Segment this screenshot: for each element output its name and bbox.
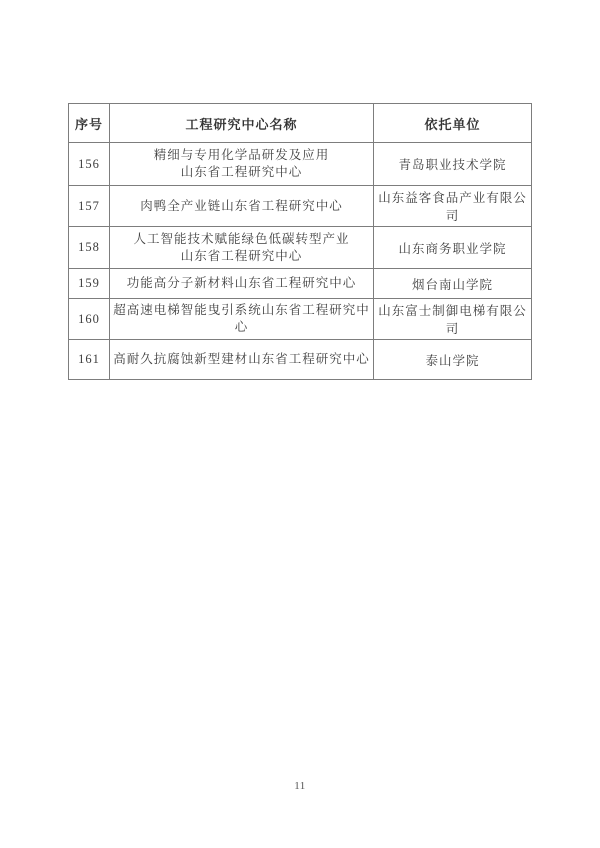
row-center-name: 人工智能技术赋能绿色低碳转型产业 山东省工程研究中心 [110,227,374,269]
table-row: 157 肉鸭全产业链山东省工程研究中心 山东益客食品产业有限公司 [69,186,532,227]
header-cell-name: 工程研究中心名称 [110,104,374,143]
row-no: 159 [69,269,110,299]
table-body: 156 精细与专用化学品研发及应用 山东省工程研究中心 青岛职业技术学院 157… [69,143,532,380]
page-number: 11 [0,780,600,792]
row-center-name: 精细与专用化学品研发及应用 山东省工程研究中心 [110,143,374,186]
header-row: 序号 工程研究中心名称 依托单位 [69,104,532,143]
row-center-name: 高耐久抗腐蚀新型建材山东省工程研究中心 [110,340,374,380]
row-center-name: 功能高分子新材料山东省工程研究中心 [110,269,374,299]
row-no: 160 [69,299,110,340]
table-row: 159 功能高分子新材料山东省工程研究中心 烟台南山学院 [69,269,532,299]
table-row: 158 人工智能技术赋能绿色低碳转型产业 山东省工程研究中心 山东商务职业学院 [69,227,532,269]
table-header: 序号 工程研究中心名称 依托单位 [69,104,532,143]
row-unit: 山东商务职业学院 [374,227,532,269]
row-no: 157 [69,186,110,227]
row-center-name: 超高速电梯智能曳引系统山东省工程研究中心 [110,299,374,340]
table-row: 156 精细与专用化学品研发及应用 山东省工程研究中心 青岛职业技术学院 [69,143,532,186]
row-unit: 烟台南山学院 [374,269,532,299]
row-no: 161 [69,340,110,380]
row-unit: 山东益客食品产业有限公司 [374,186,532,227]
research-centers-table: 序号 工程研究中心名称 依托单位 156 精细与专用化学品研发及应用 山东省工程… [68,103,532,380]
table-row: 160 超高速电梯智能曳引系统山东省工程研究中心 山东富士制御电梯有限公司 [69,299,532,340]
row-no: 156 [69,143,110,186]
row-center-name: 肉鸭全产业链山东省工程研究中心 [110,186,374,227]
row-unit: 山东富士制御电梯有限公司 [374,299,532,340]
table-row: 161 高耐久抗腐蚀新型建材山东省工程研究中心 泰山学院 [69,340,532,380]
row-no: 158 [69,227,110,269]
document-page: 序号 工程研究中心名称 依托单位 156 精细与专用化学品研发及应用 山东省工程… [0,0,600,848]
row-unit: 泰山学院 [374,340,532,380]
header-cell-unit: 依托单位 [374,104,532,143]
header-cell-no: 序号 [69,104,110,143]
row-unit: 青岛职业技术学院 [374,143,532,186]
